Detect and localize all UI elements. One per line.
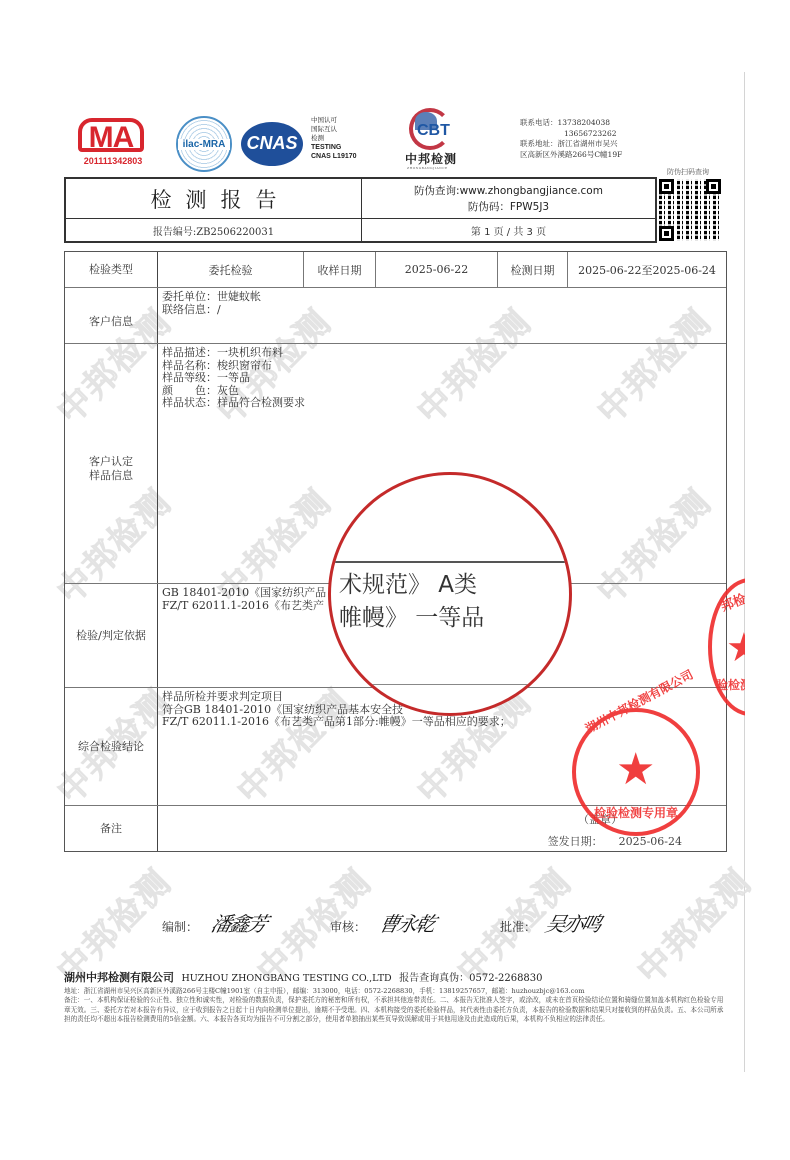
- customer-info-label: 客户信息: [65, 288, 158, 343]
- inspection-type-label: 检验类型: [65, 252, 158, 287]
- cnas-code: CNAS L19170: [311, 152, 357, 161]
- magnified-table-line: [331, 561, 569, 563]
- reviewer-signature: 曹永乾: [376, 908, 437, 937]
- magnified-line: 帷幔》 一等品: [339, 602, 484, 635]
- cnas-info-line: 中国认可: [311, 116, 357, 125]
- page-edge: [744, 72, 745, 1072]
- inspection-type-value: 委托检验: [158, 252, 304, 287]
- cnas-info-line: 检测: [311, 134, 357, 143]
- seal-bottom-text: 验检测: [716, 676, 752, 693]
- customer-line: 委托单位：世婕蚊帐: [162, 291, 722, 304]
- editor-signature: 潘鑫芳: [208, 908, 269, 937]
- sample-label-line: 客户认定: [89, 455, 133, 469]
- sample-line: 样品描述：一块机织布料: [162, 347, 722, 360]
- footer: 湖州中邦检测有限公司 HUZHOU ZHONGBANG TESTING CO.,…: [64, 969, 724, 1024]
- customer-line: 联络信息：/: [162, 304, 722, 317]
- receive-date-label: 收样日期: [304, 252, 376, 287]
- company-seal: 湖州中邦检测有限公司 ★ 检验检测专用章: [572, 708, 700, 836]
- magnified-table-line: [331, 684, 569, 685]
- test-date-label: 检测日期: [498, 252, 568, 287]
- conclusion-label: 综合检验结论: [65, 688, 158, 805]
- report-title-box: 检测报告 防伪查询:www.zhongbangjiance.com 防伪码：FP…: [64, 177, 657, 243]
- table-row-customer: 客户信息 委托单位：世婕蚊帐 联络信息：/: [65, 288, 726, 344]
- basis-label: 检验/判定依据: [65, 584, 158, 687]
- certification-logos: MA 201111342803 ilac-MRA CNAS 中国认可 国际互认 …: [78, 112, 738, 172]
- magnified-text: 术规范》 A类 帷幔》 一等品: [339, 569, 484, 635]
- issue-date-row: 签发日期：2025-06-24: [548, 831, 682, 853]
- cnas-info-line: 国际互认: [311, 125, 357, 134]
- qr-finder-icon: [706, 179, 721, 194]
- anti-fake-code: 防伪码：FPW5J3: [468, 199, 549, 215]
- phone-label: 联系电话：: [520, 118, 558, 127]
- sample-label-line: 样品信息: [89, 469, 133, 483]
- star-icon: ★: [726, 626, 762, 670]
- reviewer-label: 审核：: [330, 918, 366, 935]
- cnas-label: CNAS: [241, 133, 303, 154]
- ilac-label: ilac-MRA: [178, 139, 230, 150]
- company-name-cn: 湖州中邦检测有限公司: [64, 971, 174, 984]
- issue-date-label: 签发日期：: [548, 835, 603, 848]
- report-number: 报告编号:ZB2506220031: [66, 219, 362, 241]
- cbt-mark: CBT: [417, 122, 450, 140]
- cbt-logo: CBT 中邦检测 ZHONGBANGJIANCE: [403, 108, 463, 172]
- anti-fake-query: 防伪查询:www.zhongbangjiance.com 防伪码：FPW5J3: [362, 179, 655, 219]
- company-line: 湖州中邦检测有限公司 HUZHOU ZHONGBANG TESTING CO.,…: [64, 969, 724, 985]
- cnas-logo: CNAS: [241, 122, 303, 166]
- phone-number: 13656723262: [520, 129, 622, 140]
- cnas-testing: TESTING: [311, 143, 357, 152]
- report-notes: 备注：一、本机构保证检验的公正性、独立性和诚实性，对检验的数据负责，保护委托方的…: [64, 996, 724, 1024]
- seal-bottom-text: 检验检测专用章: [594, 804, 678, 821]
- report-query-phone: 报告查询真伪：0572-2268830: [399, 973, 542, 984]
- approver-signature: 吴亦鸣: [542, 908, 603, 937]
- address-line: 浙江省湖州市吴兴: [558, 139, 618, 148]
- cbt-name-en: ZHONGBANGJIANCE: [407, 166, 448, 170]
- query-url[interactable]: 防伪查询:www.zhongbangjiance.com: [414, 183, 603, 199]
- customer-info-content: 委托单位：世婕蚊帐 联络信息：/: [158, 288, 726, 343]
- qr-finder-icon: [659, 179, 674, 194]
- cma-number: 201111342803: [78, 156, 148, 166]
- cma-mark: MA: [78, 118, 144, 152]
- signatures: 编制： 潘鑫芳 审核： 曹永乾 批准： 吴亦鸣: [162, 910, 682, 950]
- sample-info-label: 客户认定样品信息: [65, 344, 158, 583]
- qr-caption: 防伪扫码查询: [667, 167, 709, 177]
- report-title: 检测报告: [66, 179, 362, 219]
- editor-label: 编制：: [162, 918, 198, 935]
- approver-label: 批准：: [500, 918, 536, 935]
- magnified-line: 术规范》 A类: [339, 569, 484, 602]
- page-indicator: 第 1 页 / 共 3 页: [362, 219, 655, 241]
- phone-number: 13738204038: [558, 118, 611, 127]
- contact-info: 联系电话：13738204038 13656723262 联系地址：浙江省湖州市…: [520, 118, 622, 160]
- remarks-label: 备注: [65, 806, 158, 851]
- sample-line: 样品等级：一等品: [162, 372, 722, 385]
- ilac-mra-logo: ilac-MRA: [176, 116, 232, 172]
- cma-logo: MA 201111342803: [78, 118, 148, 170]
- magnifier-lens: 术规范》 A类 帷幔》 一等品: [328, 472, 572, 716]
- table-row-inspection-type: 检验类型 委托检验 收样日期 2025-06-22 检测日期 2025-06-2…: [65, 252, 726, 288]
- qr-code[interactable]: [659, 179, 721, 241]
- star-icon: ★: [616, 748, 655, 792]
- sample-line: 样品状态：样品符合检测要求: [162, 397, 722, 410]
- receive-date-value: 2025-06-22: [376, 252, 498, 287]
- address-label: 联系地址：: [520, 139, 558, 148]
- cbt-name-cn: 中邦检测: [405, 150, 457, 167]
- page-seam-seal: 邦检 ★ 验检测: [708, 578, 790, 716]
- qr-finder-icon: [659, 226, 674, 241]
- cnas-info: 中国认可 国际互认 检测 TESTING CNAS L19170: [311, 116, 357, 161]
- company-address: 地址：浙江省湖州市吴兴区高新区外溪路266号主楼C幢1901室（自主申报），邮编…: [64, 987, 724, 996]
- company-name-en: HUZHOU ZHONGBANG TESTING CO.,LTD: [182, 973, 392, 984]
- test-date-value: 2025-06-22至2025-06-24: [568, 252, 726, 287]
- address-line: 区高新区外溪路266号C幢19F: [520, 150, 622, 161]
